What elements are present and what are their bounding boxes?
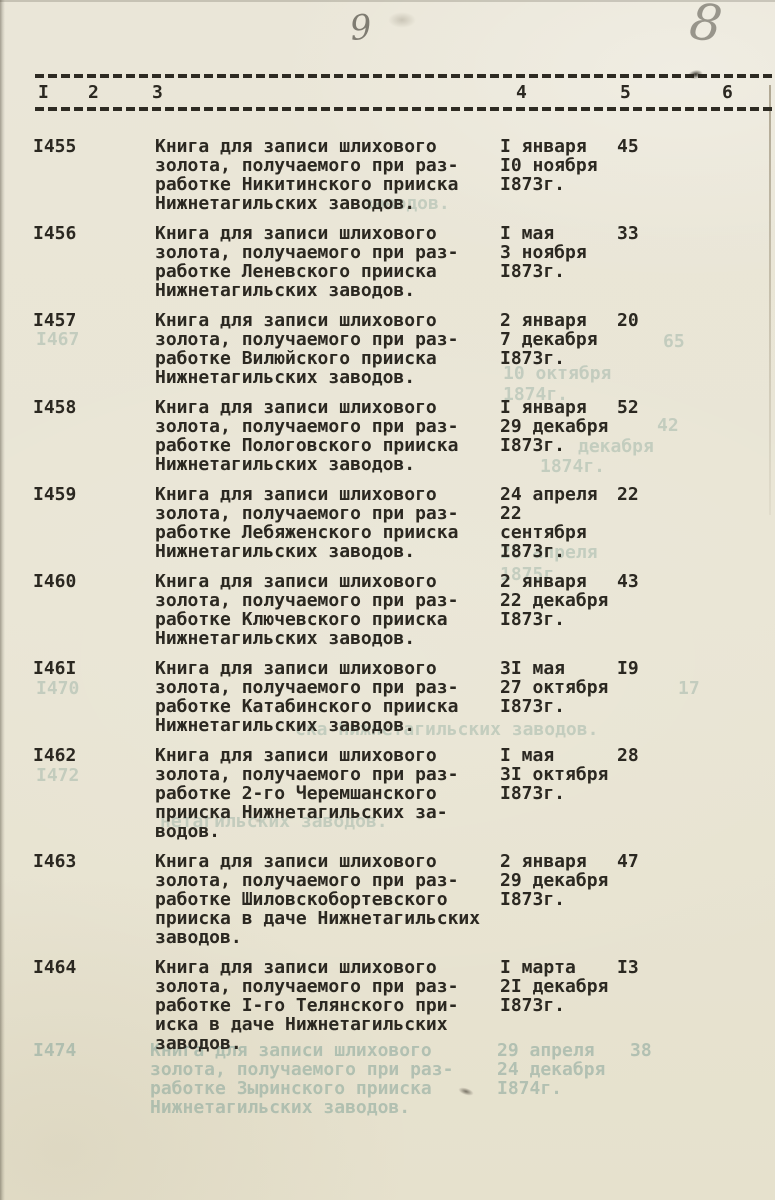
row-dates: 2 января 22 декабря I873г.: [500, 572, 617, 629]
column-header-1: I: [38, 83, 49, 102]
row-page-count: 20: [617, 311, 667, 330]
table-row: I455 Книга для записи шлихового золота, …: [0, 137, 775, 213]
row-number: I464: [33, 958, 155, 977]
row-dates: I января I0 ноября I873г.: [500, 137, 617, 194]
row-dates: I мая 3I октября I873г.: [500, 746, 617, 803]
header-dashed-rule-bottom: [35, 107, 775, 111]
table-row: I462 Книга для записи шлихового золота, …: [0, 746, 775, 841]
row-dates: 2 января 29 декабря I873г.: [500, 852, 617, 909]
row-description: Книга для записи шлихового золота, получ…: [155, 485, 500, 561]
table-row: I459 Книга для записи шлихового золота, …: [0, 485, 775, 561]
paper-smudge: [388, 12, 416, 28]
row-description: Книга для записи шлихового золота, получ…: [155, 958, 500, 1053]
row-page-count: 28: [617, 746, 667, 765]
row-page-count: I3: [617, 958, 667, 977]
row-number: I455: [33, 137, 155, 156]
column-header-3: 3: [152, 83, 163, 102]
row-description: Книга для записи шлихового золота, получ…: [155, 311, 500, 387]
row-number: I459: [33, 485, 155, 504]
row-dates: I января 29 декабря I873г.: [500, 398, 617, 455]
table-row: I464 Книга для записи шлихового золота, …: [0, 958, 775, 1053]
paper-speck: [255, 818, 261, 823]
row-page-count: 33: [617, 224, 667, 243]
row-description: Книга для записи шлихового золота, получ…: [155, 852, 500, 947]
row-page-count: 22: [617, 485, 667, 504]
pencil-page-number-right: 8: [687, 0, 726, 54]
column-header-4: 4: [516, 83, 527, 102]
pencil-page-number-center: 9: [348, 7, 374, 49]
row-number: I462: [33, 746, 155, 765]
row-number: I456: [33, 224, 155, 243]
row-dates: I марта 2I декабря I873г.: [500, 958, 617, 1015]
row-dates: 2 января 7 декабря I873г.: [500, 311, 617, 368]
row-number: I46I: [33, 659, 155, 678]
row-dates: 3I мая 27 октября I873г.: [500, 659, 617, 716]
row-description: Книга для записи шлихового золота, получ…: [155, 746, 500, 841]
inventory-table: I455 Книга для записи шлихового золота, …: [0, 137, 775, 1064]
row-page-count: 43: [617, 572, 667, 591]
row-description: Книга для записи шлихового золота, получ…: [155, 572, 500, 648]
scan-top-edge: [0, 0, 775, 2]
row-description: Книга для записи шлихового золота, получ…: [155, 224, 500, 300]
row-page-count: 52: [617, 398, 667, 417]
row-dates: I мая 3 ноября I873г.: [500, 224, 617, 281]
row-description: Книга для записи шлихового золота, получ…: [155, 137, 500, 213]
table-row: I463 Книга для записи шлихового золота, …: [0, 852, 775, 947]
row-number: I458: [33, 398, 155, 417]
table-row: I46I Книга для записи шлихового золота, …: [0, 659, 775, 735]
header-dashed-rule-top: [35, 74, 775, 78]
table-row: I460 Книга для записи шлихового золота, …: [0, 572, 775, 648]
column-header-6: 6: [722, 83, 733, 102]
table-row: I457 Книга для записи шлихового золота, …: [0, 311, 775, 387]
column-header-2: 2: [88, 83, 99, 102]
row-dates: 24 апреля 22 сентября I873г.: [500, 485, 617, 561]
ink-blot: [687, 69, 704, 81]
row-number: I460: [33, 572, 155, 591]
table-row: I456 Книга для записи шлихового золота, …: [0, 224, 775, 300]
row-number: I457: [33, 311, 155, 330]
column-header-5: 5: [620, 83, 631, 102]
scanned-inventory-page: 9 8 заводов. 65 10 октября 1874г. 42 дек…: [0, 0, 775, 1200]
row-page-count: 47: [617, 852, 667, 871]
row-description: Книга для записи шлихового золота, получ…: [155, 659, 500, 735]
table-row: I458 Книга для записи шлихового золота, …: [0, 398, 775, 474]
row-number: I463: [33, 852, 155, 871]
row-page-count: I9: [617, 659, 667, 678]
row-description: Книга для записи шлихового золота, получ…: [155, 398, 500, 474]
row-page-count: 45: [617, 137, 667, 156]
ink-speck: [457, 1086, 474, 1098]
